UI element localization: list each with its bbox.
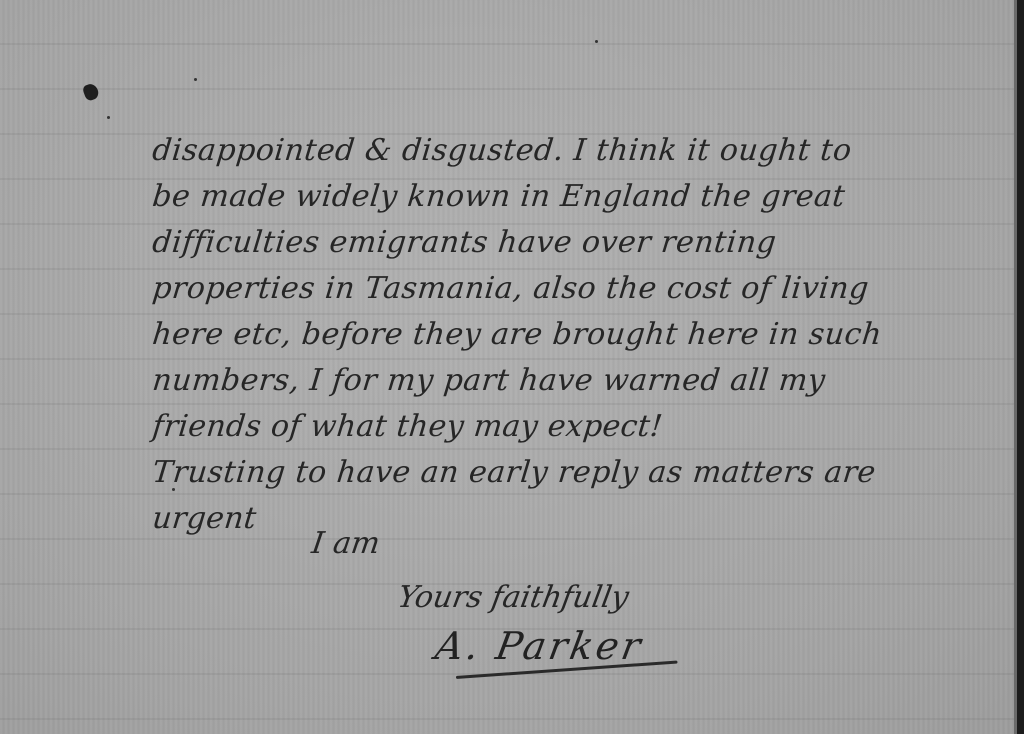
letter-line: numbers, I for my part have warned all m… [150, 358, 1015, 404]
letter-closing: I am [310, 526, 383, 561]
letter-line: difficulties emigrants have over renting [150, 220, 1015, 266]
letter-line: here etc, before they are brought here i… [150, 312, 1015, 358]
ink-blot-mark [82, 82, 101, 102]
letter-body: disappointed & disgusted. I think it oug… [150, 128, 1010, 542]
letter-line: disappointed & disgusted. I think it oug… [150, 128, 1015, 174]
paper-speck [107, 116, 110, 119]
page-edge [1017, 0, 1024, 734]
letter-valediction: Yours faithfully [395, 580, 632, 615]
letter-line: Trusting to have an early reply as matte… [150, 450, 1015, 496]
letter-line: friends of what they may expect! [150, 404, 1015, 450]
paper-speck [194, 78, 197, 81]
paper-speck [595, 40, 598, 43]
letter-line: properties in Tasmania, also the cost of… [150, 266, 1015, 312]
letter-line: urgent [150, 496, 1015, 542]
signature: A. Parker [432, 624, 647, 668]
letter-line: be made widely known in England the grea… [150, 174, 1015, 220]
letter-page: disappointed & disgusted. I think it oug… [0, 0, 1024, 734]
